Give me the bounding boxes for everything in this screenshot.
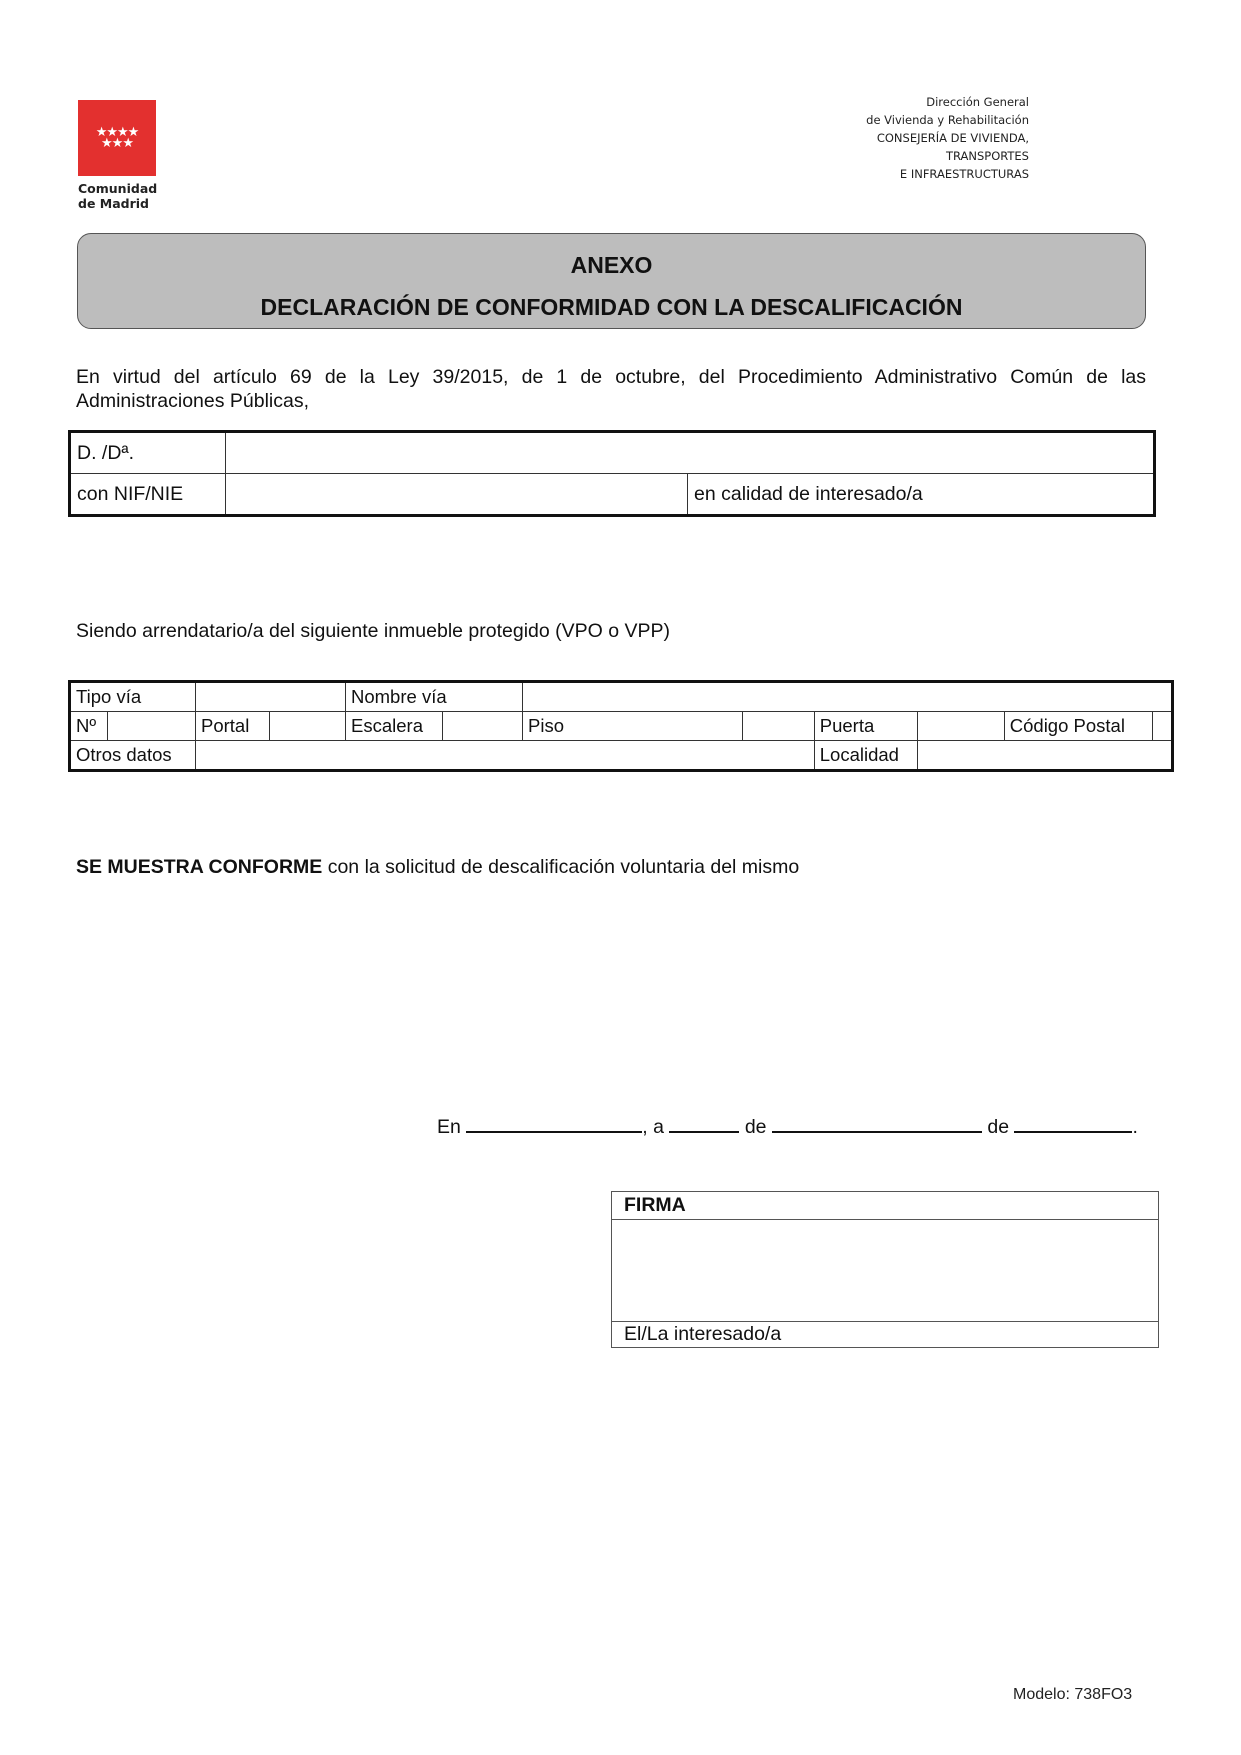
numero-field[interactable] [108, 712, 196, 741]
escalera-field[interactable] [443, 712, 523, 741]
property-table: Tipo vía Nombre vía Nº Portal Escalera P… [68, 680, 1174, 772]
nif-field[interactable] [226, 474, 688, 516]
date-sep-de-1: de [745, 1116, 767, 1138]
comunidad-madrid-logo: ★★★★ ★★★ [78, 100, 156, 176]
conformity-text: con la solicitud de descalificación volu… [322, 856, 799, 878]
identity-table: D. /Dª. con NIF/NIE en calidad de intere… [68, 430, 1156, 517]
numero-label: Nº [70, 712, 108, 741]
name-label: D. /Dª. [70, 432, 226, 474]
nombre-via-label: Nombre vía [346, 682, 523, 712]
escalera-label: Escalera [346, 712, 443, 741]
document-title: DECLARACIÓN DE CONFORMIDAD CON LA DESCAL… [78, 294, 1145, 321]
portal-field[interactable] [270, 712, 346, 741]
nif-label: con NIF/NIE [70, 474, 226, 516]
department-line: Dirección General [866, 93, 1029, 111]
tipo-via-field[interactable] [196, 682, 346, 712]
conformity-statement: SE MUESTRA CONFORME con la solicitud de … [76, 856, 799, 879]
piso-label: Piso [523, 712, 743, 741]
title-box: ANEXO DECLARACIÓN DE CONFORMIDAD CON LA … [77, 233, 1146, 329]
localidad-label: Localidad [814, 741, 917, 771]
piso-field[interactable] [742, 712, 814, 741]
signature-footer: El/La interesado/a [612, 1321, 1158, 1347]
model-code: Modelo: 738FO3 [1013, 1686, 1132, 1704]
year-blank[interactable] [1014, 1113, 1132, 1133]
day-blank[interactable] [669, 1113, 739, 1133]
stars-row-2: ★★★ [78, 137, 156, 148]
date-line: En , a de de . [437, 1113, 1138, 1139]
department-line: CONSEJERÍA DE VIVIENDA, [866, 129, 1029, 147]
department-line: de Vivienda y Rehabilitación [866, 111, 1029, 129]
month-blank[interactable] [772, 1113, 982, 1133]
title-anexo: ANEXO [78, 252, 1145, 279]
puerta-label: Puerta [814, 712, 917, 741]
localidad-field[interactable] [917, 741, 1172, 771]
intro-paragraph: En virtud del artículo 69 de la Ley 39/2… [76, 365, 1146, 413]
logo-text-line-1: Comunidad [78, 181, 157, 196]
otros-datos-field[interactable] [196, 741, 815, 771]
date-sep-de-2: de [987, 1116, 1009, 1138]
date-prefix: En [437, 1116, 461, 1138]
conformity-bold: SE MUESTRA CONFORME [76, 856, 322, 878]
department-line: E INFRAESTRUCTURAS [866, 165, 1029, 183]
date-sep-a: , a [642, 1116, 664, 1138]
name-field[interactable] [226, 432, 1155, 474]
codigo-postal-label: Código Postal [1004, 712, 1152, 741]
signature-header: FIRMA [612, 1192, 1158, 1220]
capacity-label: en calidad de interesado/a [688, 474, 1155, 516]
portal-label: Portal [196, 712, 270, 741]
department-header: Dirección General de Vivienda y Rehabili… [866, 93, 1029, 183]
tipo-via-label: Tipo vía [70, 682, 196, 712]
signature-box[interactable]: FIRMA El/La interesado/a [611, 1191, 1159, 1348]
codigo-postal-field[interactable] [1152, 712, 1172, 741]
department-line: TRANSPORTES [866, 147, 1029, 165]
property-intro: Siendo arrendatario/a del siguiente inmu… [76, 620, 670, 643]
nombre-via-field[interactable] [523, 682, 1173, 712]
logo-text: Comunidad de Madrid [78, 181, 157, 211]
otros-datos-label: Otros datos [70, 741, 196, 771]
logo-text-line-2: de Madrid [78, 196, 157, 211]
puerta-field[interactable] [917, 712, 1004, 741]
date-end: . [1132, 1116, 1137, 1138]
madrid-stars-flag-icon: ★★★★ ★★★ [78, 126, 156, 148]
place-blank[interactable] [466, 1113, 642, 1133]
